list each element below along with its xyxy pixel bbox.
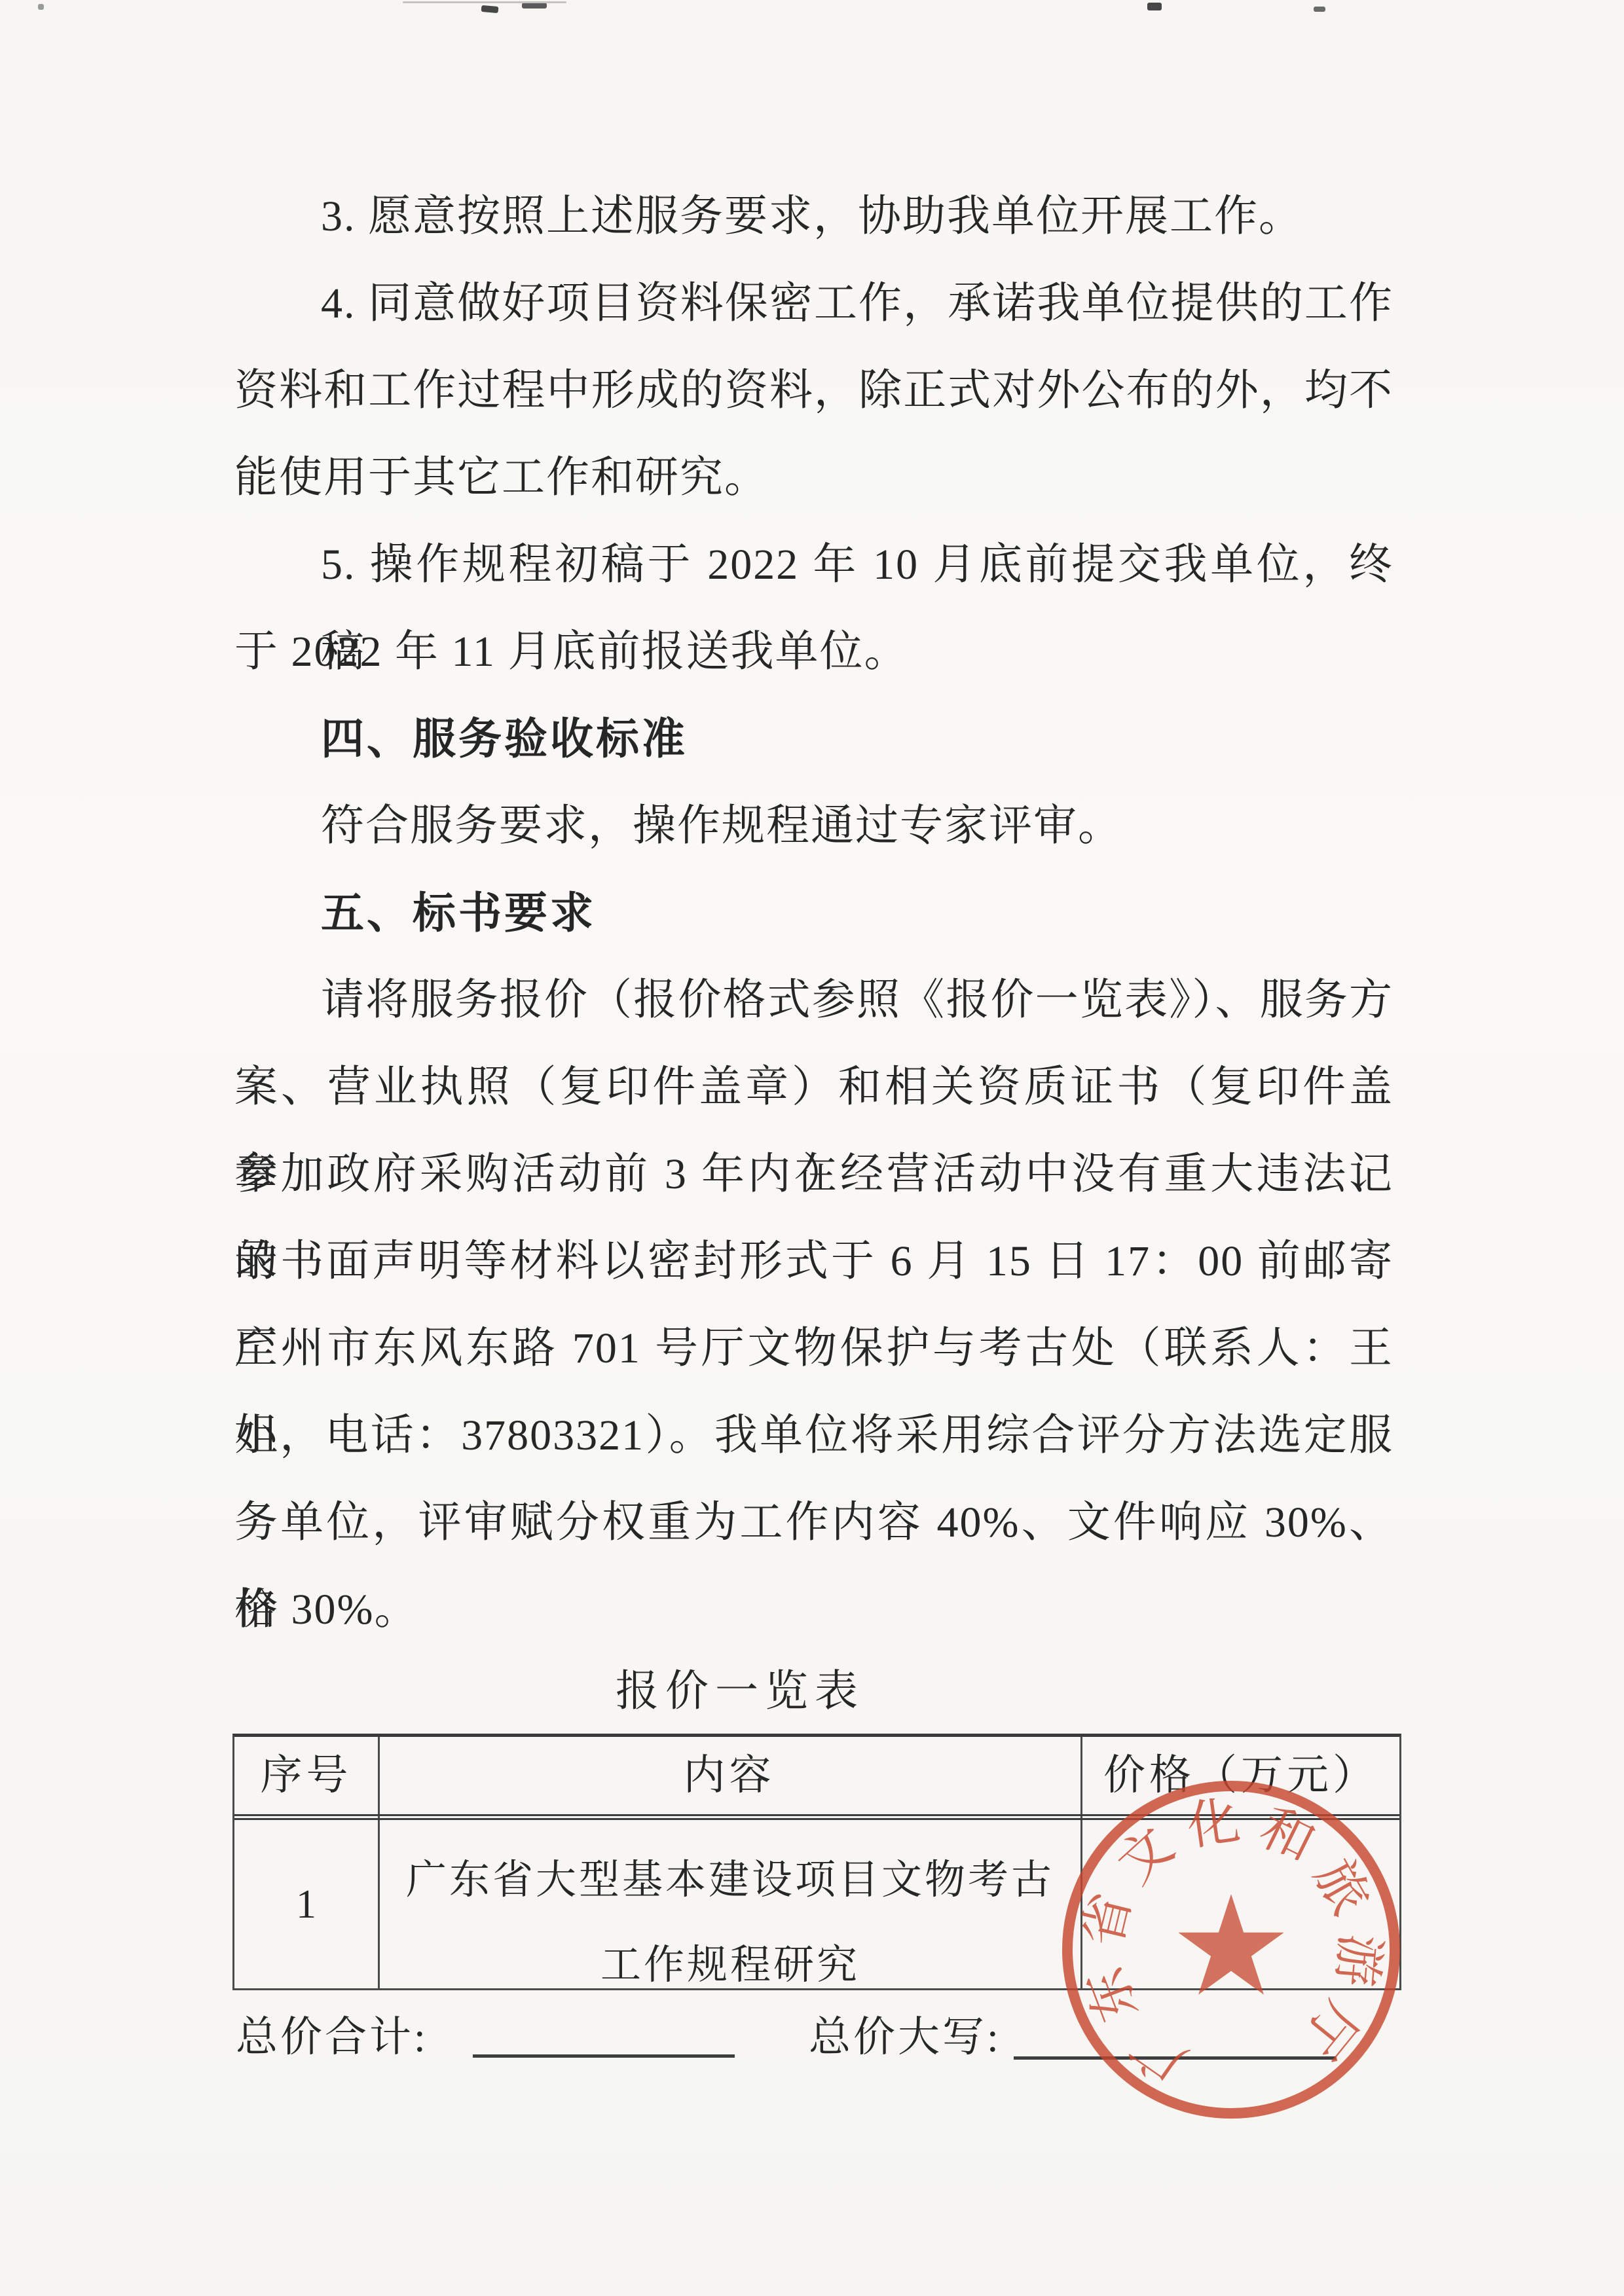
table-header-no: 序号: [234, 1737, 378, 1814]
table-title: 报价一览表: [157, 1652, 1323, 1731]
official-seal-stamp: 广 东 省 文 化 和 旅 游 厅: [1048, 1766, 1414, 2133]
scanned-document-page: 3. 愿意按照上述服务要求，协助我单位开展工作。 4. 同意做好项目资料保密工作…: [0, 0, 1624, 2296]
scan-artifact: [403, 1, 566, 3]
body-line: 姐，电话：37803321）。我单位将采用综合评分方法选定服: [234, 1392, 1393, 1479]
scan-artifact: [522, 3, 547, 9]
body-line: 3. 愿意按照上述服务要求，协助我单位开展工作。: [234, 173, 1393, 260]
section-heading: 五、标书要求: [234, 869, 1393, 957]
section-heading: 四、服务验收标准: [234, 695, 1393, 782]
body-line: 4. 同意做好项目资料保密工作，承诺我单位提供的工作: [234, 260, 1393, 347]
body-line: 符合服务要求，操作规程通过专家评审。: [234, 782, 1393, 869]
scan-artifact: [38, 4, 44, 10]
total-sum-label: 总价合计:: [236, 2005, 428, 2070]
scan-artifact: [1147, 3, 1162, 10]
total-sum-blank-line: [473, 2054, 735, 2058]
total-caps-label: 总价大写:: [809, 2005, 1001, 2070]
body-line: 务单位，评审赋分权重为工作内容 40%、文件响应 30%、价: [234, 1479, 1393, 1566]
stamp-char: 省: [1073, 1887, 1141, 1952]
table-cell-content-line2: 工作规程研究: [380, 1932, 1080, 1990]
body-line: 格 30%。: [234, 1566, 1393, 1653]
table-cell-content-line1: 广东省大型基本建设项目文物考古: [380, 1847, 1080, 1905]
scan-artifact: [1314, 7, 1325, 12]
scan-artifact: [481, 5, 499, 13]
table-cell-no: 1: [234, 1820, 378, 1989]
body-line: 能使用于其它工作和研究。: [234, 434, 1393, 521]
body-line: 参加政府采购活动前 3 年内在经营活动中没有重大违法记录: [234, 1131, 1393, 1218]
stamp-star-icon: [1178, 1894, 1284, 1995]
body-line: 的书面声明等材料以密封形式于 6 月 15 日 17：00 前邮寄至: [234, 1218, 1393, 1305]
stamp-char: 化: [1183, 1791, 1244, 1855]
body-line: 于 2022 年 11 月底前报送我单位。: [234, 608, 1393, 695]
body-line: 广州市东风东路 701 号厅文物保护与考古处（联系人：王小: [234, 1305, 1393, 1392]
body-line: 资料和工作过程中形成的资料，除正式对外公布的外，均不: [234, 347, 1393, 434]
stamp-char: 游: [1327, 1932, 1390, 1989]
table-header-content: 内容: [378, 1737, 1080, 1814]
body-line: 请将服务报价（报价格式参照《报价一览表》）、服务方: [234, 957, 1393, 1044]
body-line: 案、营业执照（复印件盖章）和相关资质证书（复印件盖章）、: [234, 1044, 1393, 1131]
body-line: 5. 操作规程初稿于 2022 年 10 月底前提交我单位，终稿: [234, 521, 1393, 608]
